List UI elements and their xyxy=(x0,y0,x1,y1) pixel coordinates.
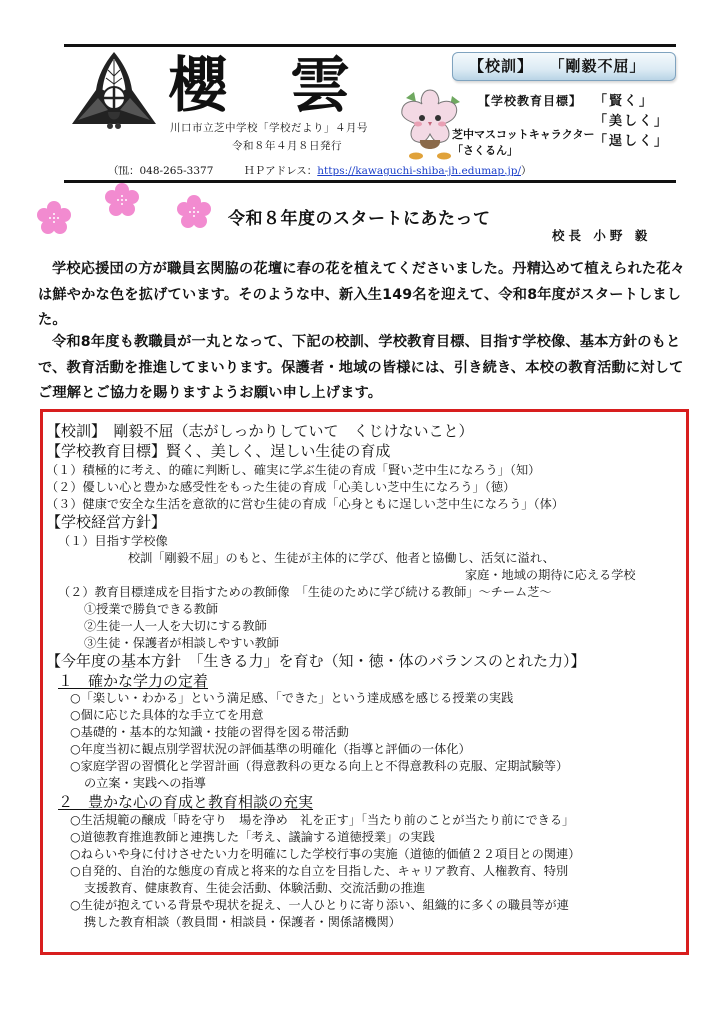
sakura-flower-icon xyxy=(176,194,212,230)
school-goal-item: 「逞しく」 xyxy=(594,130,669,149)
motto-label: 【校訓】 xyxy=(469,57,533,75)
school-goal-item: 「賢く」 xyxy=(594,90,654,109)
newsletter-title: 櫻雲 xyxy=(168,46,398,126)
section-2-heading: ２ 豊かな心の育成と教育相談の充実 xyxy=(58,791,313,812)
goal-item-3: （３）健康で安全な生活を意欲的に営む生徒の育成「心身ともに逞しい芝中生になろう」… xyxy=(46,495,564,512)
school-goal-item: 「美しく」 xyxy=(594,110,669,129)
section-1-item: ○「楽しい・わかる」という満足感、「できた」という達成感を感じる授業の実践 xyxy=(70,689,513,706)
section-1-item: ○基礎的・基本的な知識・技能の習得を図る帯活動 xyxy=(70,723,349,740)
article-paragraph: 令和8年度も教職員が一丸となって、下記の校訓、学校教育目標、目指す学校像、基本方… xyxy=(38,330,690,407)
section-2-item-cont: 携した教育相談（教員間・相談員・保護者・関係諸機関） xyxy=(84,913,401,930)
sakura-flower-icon xyxy=(104,182,140,218)
contact-close: ） xyxy=(521,165,532,177)
policy-subheading-2: （２）教育目標達成を目指すための教師像 「生徒のために学び続ける教師」～チーム芝… xyxy=(58,583,552,600)
homepage-link[interactable]: https://kawaguchi-shiba-jh.edumap.jp/ xyxy=(317,165,521,177)
article-paragraph: 学校応援団の方が職員玄関脇の花壇に春の花を植えてくださいました。丹精込めて植えら… xyxy=(38,257,690,334)
section-1-item: ○家庭学習の習慣化と学習計画（得意教科の更なる向上と不得意教科の克服、定期試験等… xyxy=(70,757,568,774)
section-1-item-cont: の立案・実践への指導 xyxy=(84,774,206,791)
teacher-ideal-1: ①授業で勝負できる教師 xyxy=(84,600,218,617)
sakura-flower-icon xyxy=(36,200,72,236)
contact-phone: （℡：048-265-3377 xyxy=(108,165,213,177)
contact-line: （℡：048-265-3377 ＨＰアドレス：https://kawaguchi… xyxy=(108,163,532,178)
mascot-caption: 芝中マスコットキャラクター 「さくるん」 xyxy=(452,127,595,159)
policy-subheading-1: （１）目指す学校像 xyxy=(58,532,168,549)
school-vision-line-2: 家庭・地域の期待に応える学校 xyxy=(465,566,636,583)
goal-item-2: （２）優しい心と豊かな感受性をもった生徒の育成「心美しい芝中生になろう」（徳） xyxy=(46,478,515,495)
section-1-item: ○個に応じた具体的な手立てを用意 xyxy=(70,706,263,723)
section-1-item: ○年度当初に観点別学習状況の評価基準の明確化（指導と評価の一体化） xyxy=(70,740,471,757)
issue-date: 令和８年４月８日発行 xyxy=(232,138,342,153)
section-1-heading: １ 確かな学力の定着 xyxy=(58,670,208,691)
mascot-caption-line1: 芝中マスコットキャラクター xyxy=(452,127,595,143)
section-2-item: ○生活規範の醸成「時を守り 場を浄め 礼を正す」「当たり前のことが当たり前にでき… xyxy=(70,811,574,828)
school-vision-line-1: 校訓「剛毅不屈」のもと、生徒が主体的に学び、他者と協働し、活気に溢れ、 xyxy=(128,549,555,566)
annual-policy-heading: 【今年度の基本方針 「生きる力」を育む（知・徳・体のバランスのとれた力）】 xyxy=(46,650,586,671)
section-2-item-cont: 支援教育、健康教育、生徒会活動、体験活動、交流活動の推進 xyxy=(84,879,425,896)
section-2-item: ○自発的、自治的な態度の育成と将来的な自立を目指した、キャリア教育、人権教育、特… xyxy=(70,862,568,879)
management-policy-heading: 【学校経営方針】 xyxy=(46,511,166,532)
section-2-item: ○道徳教育推進教師と連携した「考え、議論する道徳授業」の実践 xyxy=(70,828,435,845)
motto-value: 「剛毅不屈」 xyxy=(557,57,646,75)
school-goal-heading: 【学校教育目標】賢く、美しく、逞しい生徒の育成 xyxy=(46,440,390,461)
teacher-ideal-2: ②生徒一人一人を大切にする教師 xyxy=(84,617,267,634)
school-emblem-icon xyxy=(68,50,160,136)
article-author: 校長 小野 毅 xyxy=(552,226,651,244)
teacher-ideal-3: ③生徒・保護者が相談しやすい教師 xyxy=(84,634,279,651)
mascot-caption-line2: 「さくるん」 xyxy=(452,143,595,159)
motto-line: 【校訓】 剛毅不屈（志がしっかりしていて くじけないこと） xyxy=(46,420,474,441)
contact-hp-label: ＨＰアドレス： xyxy=(244,165,317,177)
goal-item-1: （１）積極的に考え、的確に判断し、確実に学ぶ生徒の育成「賢い芝中生になろう」（知… xyxy=(46,461,540,478)
masthead-bottom-rule xyxy=(64,180,676,183)
section-2-item: ○ねらいや身に付けさせたい力を明確にした学校行事の実施（道徳的価値２２項目との関… xyxy=(70,845,580,862)
article-title: 令和８年度のスタートにあたって xyxy=(228,204,491,229)
section-2-item: ○生徒が抱えている背景や現状を捉え、一人ひとりに寄り添い、組織的に多くの職員等が… xyxy=(70,896,569,913)
school-goals-label: 【学校教育目標】 xyxy=(478,92,582,109)
issue-line: 川口市立芝中学校「学校だより」４月号 xyxy=(170,120,368,135)
motto-box: 【校訓】「剛毅不屈」 xyxy=(452,52,676,81)
